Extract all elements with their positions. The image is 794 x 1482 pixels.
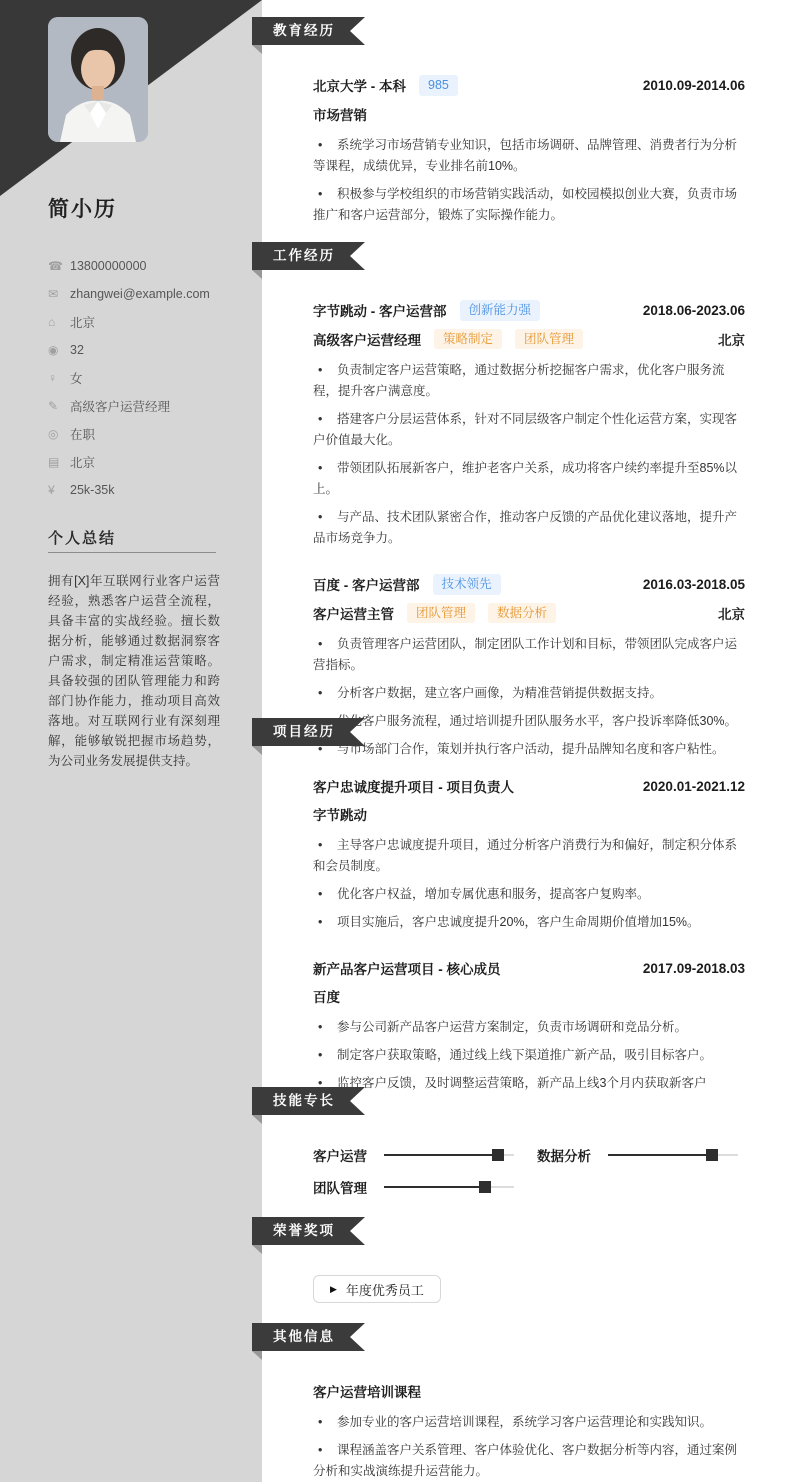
job-title-icon: ✎ <box>48 400 70 412</box>
role-title: 客户运营主管 <box>313 603 394 623</box>
skill-track-filled <box>608 1154 712 1156</box>
section-header-honors: 荣誉奖项 <box>262 1217 794 1245</box>
ribbon-banner: 荣誉奖项 <box>252 1217 365 1245</box>
role-title: 高级客户运营经理 <box>313 329 421 349</box>
bullet-item: 负责管理客户运营团队，制定团队工作计划和目标，带领团队完成客户运营指标。 <box>313 634 745 676</box>
contact-value: 北京 <box>70 453 95 471</box>
skill-track-filled <box>384 1154 498 1156</box>
section-education: 教育经历 北京大学 - 本科 985 2010.09-2014.06 市场营销 … <box>262 17 794 233</box>
other-content: 客户运营培训课程 参加专业的客户运营培训课程，系统学习客户运营理论和实践知识。 … <box>262 1381 794 1482</box>
skill-row: 客户运营 <box>313 1145 537 1165</box>
bullet-item: 主导客户忠诚度提升项目，通过分析客户消费行为和偏好，制定积分体系和会员制度。 <box>313 835 745 877</box>
skill-tag: 团队管理 <box>407 603 475 624</box>
section-header-work: 工作经历 <box>262 242 794 270</box>
contact-value: 在职 <box>70 425 95 443</box>
ribbon-banner: 工作经历 <box>252 242 365 270</box>
gender-icon: ♀ <box>48 372 70 384</box>
skill-slider <box>608 1149 738 1161</box>
age-icon: ◉ <box>48 344 70 356</box>
sidebar: 简小历 ☎ 13800000000 ✉ zhangwei@example.com… <box>0 0 262 1482</box>
section-other: 其他信息 客户运营培训课程 参加专业的客户运营培训课程，系统学习客户运营理论和实… <box>262 1323 794 1482</box>
contact-value: 高级客户运营经理 <box>70 397 170 415</box>
contact-item-email: ✉ zhangwei@example.com <box>48 280 238 308</box>
skills-content: 客户运营 数据分析 团队管理 <box>262 1145 794 1197</box>
projects-content: 客户忠诚度提升项目 - 项目负责人 2020.01-2021.12 字节跳动 主… <box>262 776 794 1115</box>
avatar-illustration <box>48 17 148 142</box>
education-content: 北京大学 - 本科 985 2010.09-2014.06 市场营销 系统学习市… <box>262 75 794 226</box>
other-entry: 客户运营培训课程 参加专业的客户运营培训课程，系统学习客户运营理论和实践知识。 … <box>313 1381 745 1482</box>
project-entry: 客户忠诚度提升项目 - 项目负责人 2020.01-2021.12 字节跳动 主… <box>313 776 745 933</box>
skill-slider <box>384 1149 514 1161</box>
ribbon-banner: 项目经历 <box>252 718 365 746</box>
section-skills: 技能专长 客户运营 数据分析 <box>262 1087 794 1197</box>
major-name: 市场营销 <box>313 104 367 124</box>
skill-tag: 数据分析 <box>488 603 556 624</box>
skill-track-filled <box>384 1186 485 1188</box>
salary-icon: ¥ <box>48 484 70 496</box>
contact-item-status: ◎ 在职 <box>48 420 238 448</box>
bullet-item: 负责制定客户运营策略，通过数据分析挖掘客户需求，优化客户服务流程，提升客户满意度… <box>313 360 745 402</box>
section-header-projects: 项目经历 <box>262 718 794 746</box>
contact-value: 32 <box>70 343 84 357</box>
section-projects: 项目经历 客户忠诚度提升项目 - 项目负责人 2020.01-2021.12 字… <box>262 718 794 1122</box>
company-name: 百度 - 客户运营部 <box>313 574 420 594</box>
date-range: 2010.09-2014.06 <box>643 78 745 93</box>
status-icon: ◎ <box>48 428 70 440</box>
contact-value: 北京 <box>70 313 95 331</box>
project-name: 新产品客户运营项目 - 核心成员 <box>313 958 501 978</box>
education-entry: 北京大学 - 本科 985 2010.09-2014.06 市场营销 系统学习市… <box>313 75 745 226</box>
summary-text: 拥有[X]年互联网行业客户运营经验，熟悉客户运营全流程，具备丰富的实战经验。擅长… <box>48 571 220 771</box>
contact-item-city: ▤ 北京 <box>48 448 238 476</box>
bullet-item: 课程涵盖客户关系管理、客户体验优化、客户数据分析等内容，通过案例分析和实战演练提… <box>313 1440 745 1482</box>
honors-content: ▶ 年度优秀员工 <box>262 1275 794 1303</box>
contact-item-salary: ¥ 25k-35k <box>48 476 238 504</box>
bullet-item: 带领团队拓展新客户，维护老客户关系，成功将客户续约率提升至85%以上。 <box>313 458 745 500</box>
section-header-education: 教育经历 <box>262 17 794 45</box>
date-range: 2017.09-2018.03 <box>643 961 745 976</box>
bullet-item: 与产品、技术团队紧密合作，推动客户反馈的产品优化建议落地，提升产品市场竞争力。 <box>313 507 745 549</box>
school-badge: 985 <box>419 75 458 96</box>
skill-handle[interactable] <box>706 1149 718 1161</box>
bullet-item: 系统学习市场营销专业知识，包括市场调研、品牌管理、消费者行为分析等课程，成绩优异… <box>313 135 745 177</box>
award-label: 年度优秀员工 <box>346 1280 424 1299</box>
skill-handle[interactable] <box>479 1181 491 1193</box>
contact-value: 女 <box>70 369 83 387</box>
contact-item-gender: ♀ 女 <box>48 364 238 392</box>
section-honors: 荣誉奖项 ▶ 年度优秀员工 <box>262 1217 794 1303</box>
work-content: 字节跳动 - 客户运营部 创新能力强 2018.06-2023.06 高级客户运… <box>262 300 794 760</box>
skill-label: 客户运营 <box>313 1145 367 1165</box>
contact-value: zhangwei@example.com <box>70 287 210 301</box>
company-badge: 创新能力强 <box>460 300 541 321</box>
contact-item-job-title: ✎ 高级客户运营经理 <box>48 392 238 420</box>
section-header-other: 其他信息 <box>262 1323 794 1351</box>
location-icon: ⌂ <box>48 316 70 328</box>
work-location: 北京 <box>718 603 745 623</box>
date-range: 2020.01-2021.12 <box>643 779 745 794</box>
project-company: 字节跳动 <box>313 804 367 824</box>
school-name: 北京大学 - 本科 <box>313 75 406 95</box>
contact-value: 13800000000 <box>70 259 146 273</box>
section-header-skills: 技能专长 <box>262 1087 794 1115</box>
bullet-item: 参与公司新产品客户运营方案制定，负责市场调研和竞品分析。 <box>313 1017 745 1038</box>
ribbon-banner: 教育经历 <box>252 17 365 45</box>
phone-icon: ☎ <box>48 260 70 272</box>
bullet-item: 参加专业的客户运营培训课程，系统学习客户运营理论和实践知识。 <box>313 1412 745 1433</box>
work-entry: 字节跳动 - 客户运营部 创新能力强 2018.06-2023.06 高级客户运… <box>313 300 745 549</box>
date-range: 2016.03-2018.05 <box>643 577 745 592</box>
summary-title: 个人总结 <box>48 527 116 548</box>
skill-tag: 团队管理 <box>515 329 583 350</box>
city-icon: ▤ <box>48 456 70 468</box>
work-location: 北京 <box>718 329 745 349</box>
course-title: 客户运营培训课程 <box>313 1381 421 1401</box>
summary-divider <box>48 552 216 553</box>
company-badge: 技术领先 <box>433 574 501 595</box>
date-range: 2018.06-2023.06 <box>643 303 745 318</box>
skill-row: 数据分析 <box>537 1145 761 1165</box>
email-icon: ✉ <box>48 288 70 300</box>
contact-item-age: ◉ 32 <box>48 336 238 364</box>
section-work: 工作经历 字节跳动 - 客户运营部 创新能力强 2018.06-2023.06 … <box>262 242 794 767</box>
bullet-item: 优化客户权益，增加专属优惠和服务，提高客户复购率。 <box>313 884 745 905</box>
project-name: 客户忠诚度提升项目 - 项目负责人 <box>313 776 514 796</box>
skill-label: 数据分析 <box>537 1145 591 1165</box>
profile-photo <box>48 17 148 142</box>
contact-list: ☎ 13800000000 ✉ zhangwei@example.com ⌂ 北… <box>48 252 238 504</box>
skill-slider <box>384 1181 514 1193</box>
bullet-item: 搭建客户分层运营体系，针对不同层级客户制定个性化运营方案，实现客户价值最大化。 <box>313 409 745 451</box>
skill-tag: 策略制定 <box>434 329 502 350</box>
contact-item-location: ⌂ 北京 <box>48 308 238 336</box>
ribbon-banner: 其他信息 <box>252 1323 365 1351</box>
skill-row: 团队管理 <box>313 1177 537 1197</box>
resume-main: 教育经历 北京大学 - 本科 985 2010.09-2014.06 市场营销 … <box>262 0 794 1482</box>
company-name: 字节跳动 - 客户运营部 <box>313 300 447 320</box>
contact-value: 25k-35k <box>70 483 114 497</box>
ribbon-banner: 技能专长 <box>252 1087 365 1115</box>
skill-label: 团队管理 <box>313 1177 367 1197</box>
bullet-item: 积极参与学校组织的市场营销实践活动，如校园模拟创业大赛，负责市场推广和客户运营部… <box>313 184 745 226</box>
skill-handle[interactable] <box>492 1149 504 1161</box>
contact-item-phone: ☎ 13800000000 <box>48 252 238 280</box>
award-button[interactable]: ▶ 年度优秀员工 <box>313 1275 441 1303</box>
play-icon: ▶ <box>330 1285 337 1294</box>
bullet-item: 分析客户数据，建立客户画像，为精准营销提供数据支持。 <box>313 683 745 704</box>
bullet-item: 项目实施后，客户忠诚度提升20%，客户生命周期价值增加15%。 <box>313 912 745 933</box>
candidate-name: 简小历 <box>48 193 117 223</box>
bullet-item: 制定客户获取策略，通过线上线下渠道推广新产品，吸引目标客户。 <box>313 1045 745 1066</box>
project-company: 百度 <box>313 986 340 1006</box>
